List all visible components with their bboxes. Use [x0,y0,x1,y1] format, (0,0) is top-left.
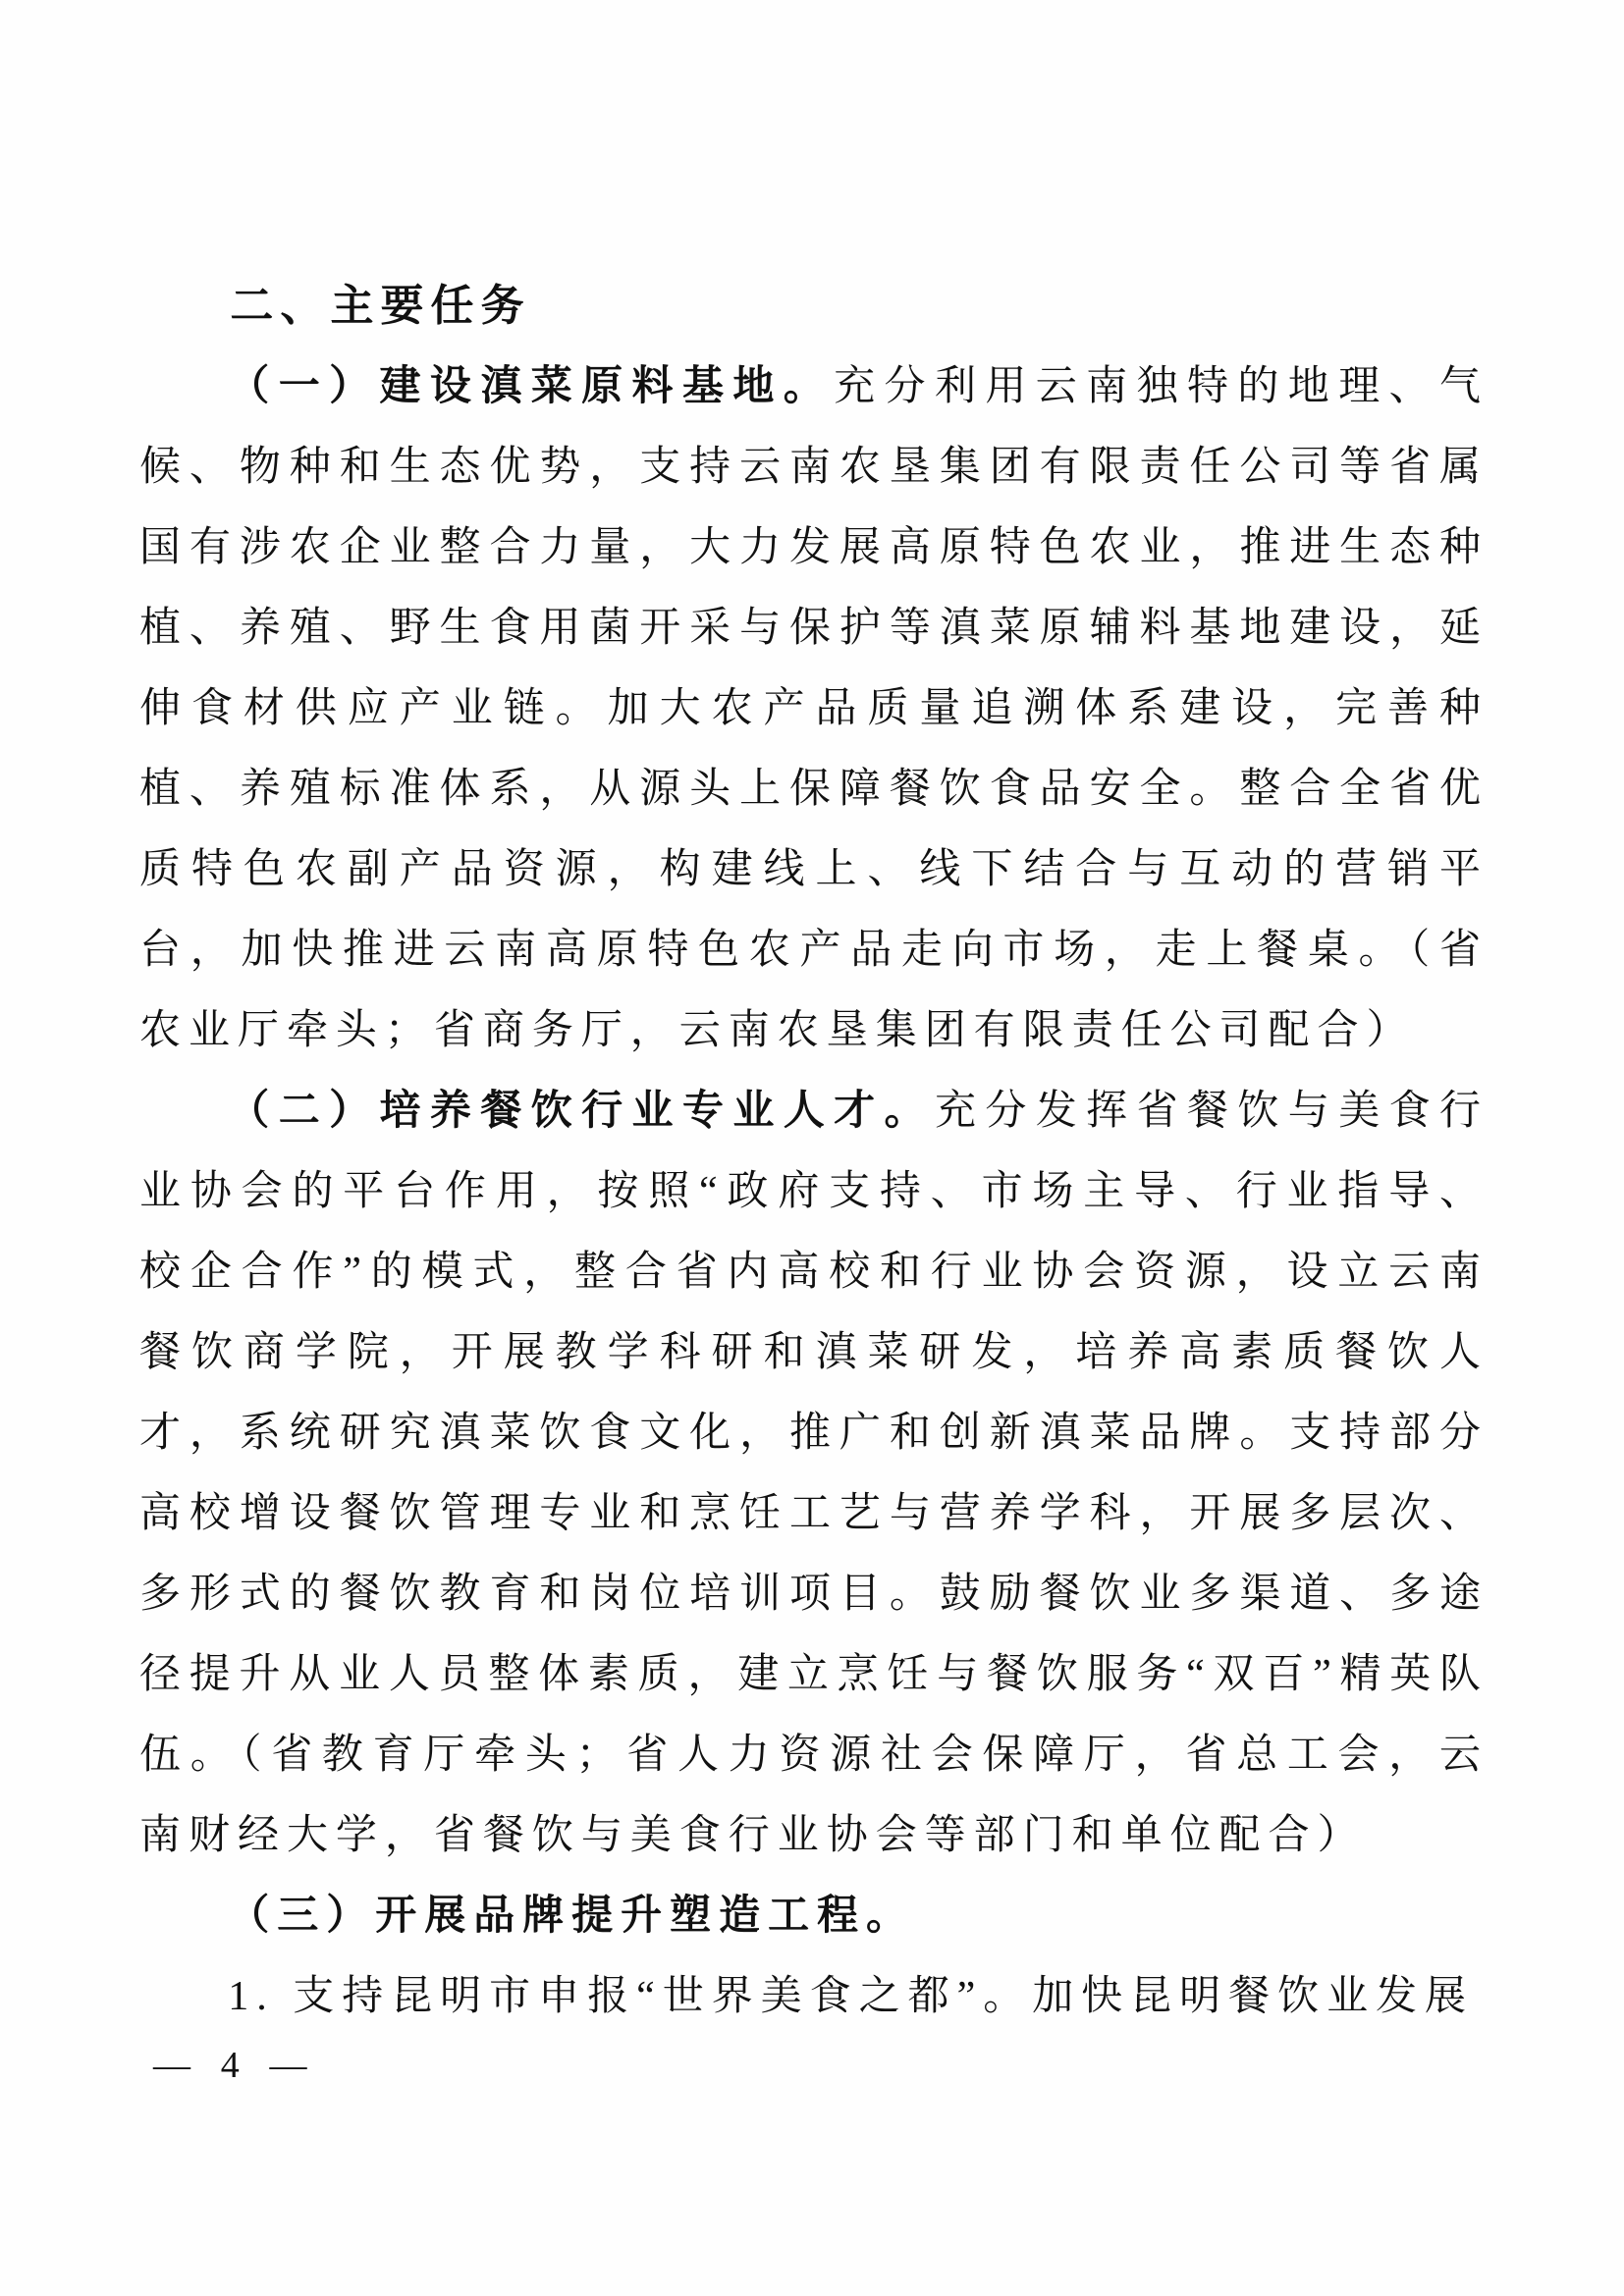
document-page: 二、主要任务 （一）建设滇菜原料基地。充分利用云南独特的地理、气候、物种和生态优… [0,0,1624,2296]
paragraph: （一）建设滇菜原料基地。充分利用云南独特的地理、气候、物种和生态优势，支持云南农… [139,347,1489,1071]
paragraph-body: 1. 支持昆明市申报“世界美食之都”。加快昆明餐饮业发展 [228,1974,1474,2019]
page-number: — 4 — [153,2044,317,2087]
section-heading: 二、主要任务 [139,266,1489,347]
paragraph: （二）培养餐饮行业专业人才。充分发挥省餐饮与美食行业协会的平台作用，按照“政府支… [139,1071,1489,1876]
paragraph-lead: （一）建设滇菜原料基地。 [228,364,834,409]
paragraph: 1. 支持昆明市申报“世界美食之都”。加快昆明餐饮业发展 [139,1956,1489,2037]
document-content: 二、主要任务 （一）建设滇菜原料基地。充分利用云南独特的地理、气候、物种和生态优… [139,0,1489,2037]
paragraph-lead: （二）培养餐饮行业专业人才。 [228,1089,935,1134]
paragraph: （三）开展品牌提升塑造工程。 [139,1876,1489,1956]
paragraph-body: 充分利用云南独特的地理、气候、物种和生态优势，支持云南农垦集团有限责任公司等省属… [139,364,1489,1053]
paragraph-lead: （三）开展品牌提升塑造工程。 [228,1894,915,1939]
paragraph-body: 充分发挥省餐饮与美食行业协会的平台作用，按照“政府支持、市场主导、行业指导、校企… [139,1089,1489,1858]
